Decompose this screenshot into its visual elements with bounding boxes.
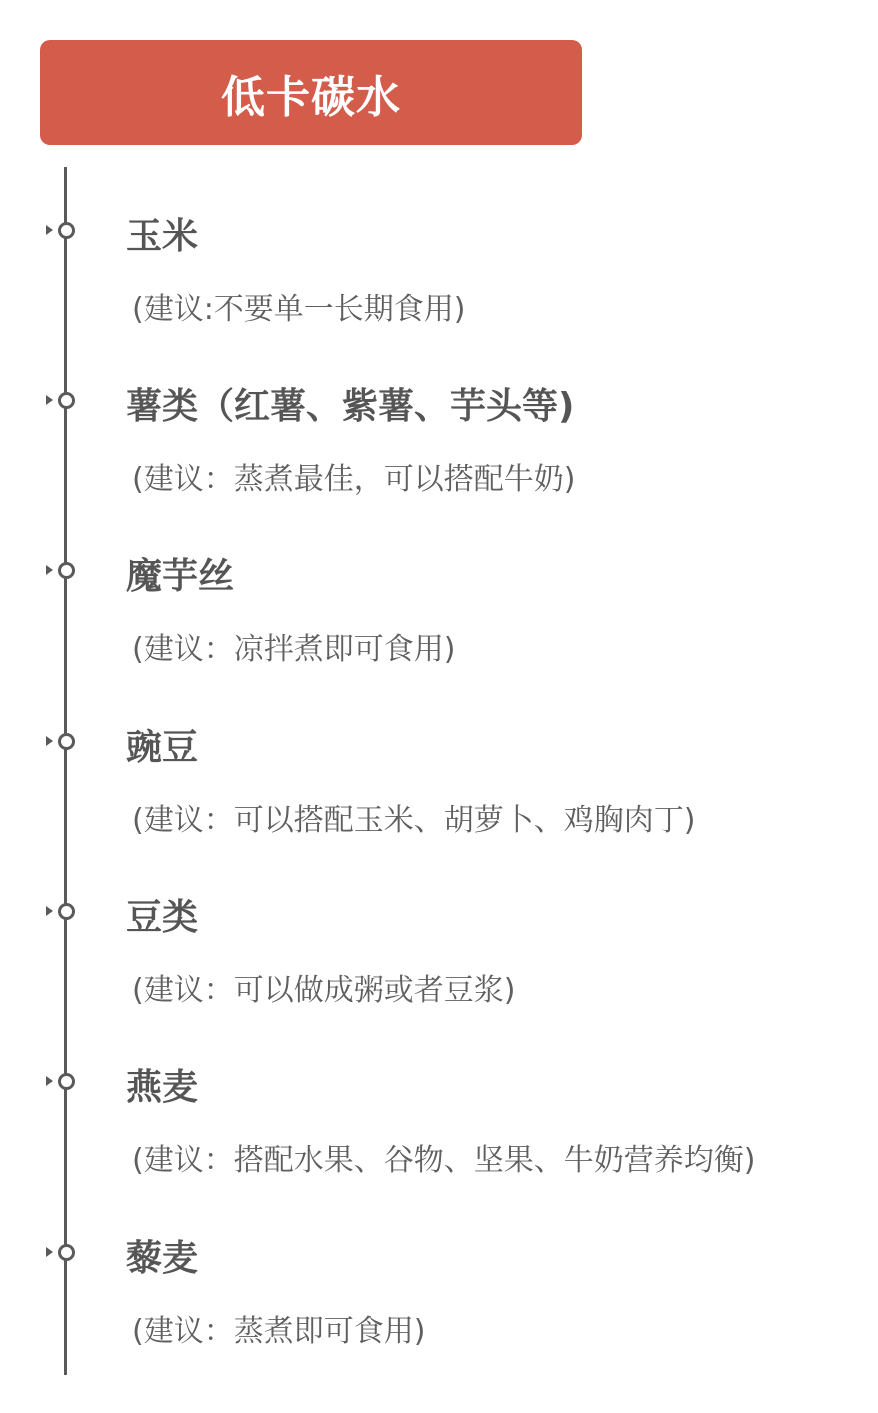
item-note: (建议：可以做成粥或者豆浆) <box>132 965 515 1009</box>
item-title: 豆类 <box>126 889 198 940</box>
item-title: 藜麦 <box>126 1230 198 1281</box>
timeline-marker-icon <box>44 901 74 921</box>
circle-node-icon <box>58 1244 75 1261</box>
timeline-marker-icon <box>44 560 74 580</box>
circle-node-icon <box>58 392 75 409</box>
item-title: 燕麦 <box>126 1059 198 1110</box>
arrow-right-icon <box>46 395 53 405</box>
item-title: 魔芋丝 <box>126 548 234 599</box>
circle-node-icon <box>58 562 75 579</box>
item-title: 豌豆 <box>126 719 198 770</box>
circle-node-icon <box>58 1073 75 1090</box>
timeline-marker-icon <box>44 1242 74 1262</box>
timeline-line <box>64 167 67 1375</box>
item-note: (建议：搭配水果、谷物、坚果、牛奶营养均衡) <box>132 1135 755 1179</box>
item-title: 玉米 <box>126 208 198 259</box>
timeline-marker-icon <box>44 390 74 410</box>
timeline-marker-icon <box>44 1071 74 1091</box>
circle-node-icon <box>58 222 75 239</box>
arrow-right-icon <box>46 565 53 575</box>
page-title: 低卡碳水 <box>221 61 401 125</box>
item-note: (建议:不要单一长期食用) <box>132 284 466 328</box>
item-note: (建议：蒸煮最佳，可以搭配牛奶) <box>132 454 575 498</box>
timeline-marker-icon <box>44 731 74 751</box>
item-note: (建议：蒸煮即可食用) <box>132 1306 425 1350</box>
item-note: (建议：可以搭配玉米、胡萝卜、鸡胸肉丁) <box>132 795 695 839</box>
circle-node-icon <box>58 733 75 750</box>
circle-node-icon <box>58 903 75 920</box>
arrow-right-icon <box>46 1247 53 1257</box>
header-banner: 低卡碳水 <box>40 40 582 145</box>
timeline-marker-icon <box>44 220 74 240</box>
item-note: (建议：凉拌煮即可食用) <box>132 624 455 668</box>
item-title: 薯类（红薯、紫薯、芋头等) <box>126 378 574 429</box>
arrow-right-icon <box>46 1076 53 1086</box>
arrow-right-icon <box>46 906 53 916</box>
arrow-right-icon <box>46 736 53 746</box>
arrow-right-icon <box>46 225 53 235</box>
